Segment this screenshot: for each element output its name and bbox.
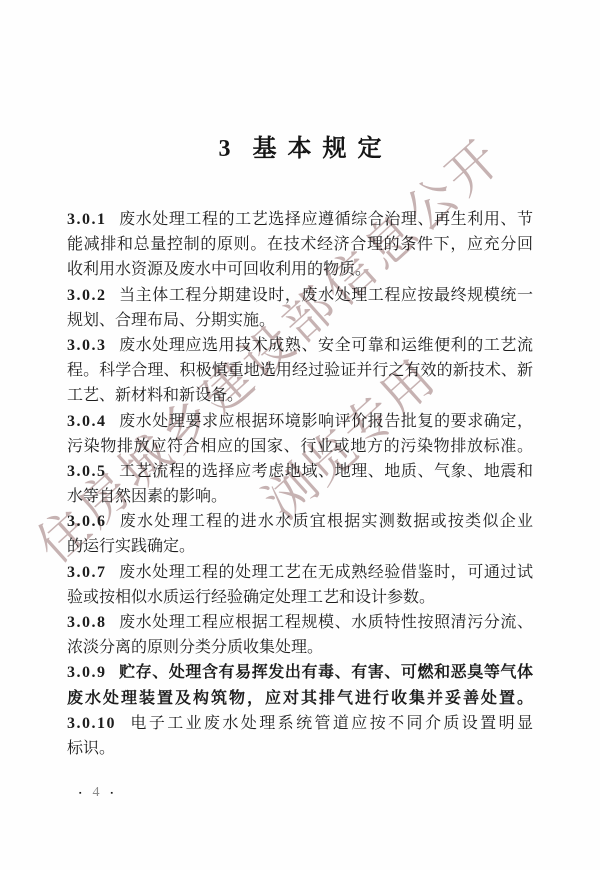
clause-line: 废水处理装置及构筑物，应对其排气进行收集并妥善处置。 [67,686,533,711]
title-text: 基本规定 [253,136,393,162]
clause-3-0-2: 3.0.2当主体工程分期建设时，废水处理工程应按最终规模统一 规划、合理布局、分… [67,283,533,333]
clause-line: 工艺、新材料和新设备。 [67,383,533,408]
clause-line: 规划、合理布局、分期实施。 [67,308,533,333]
footer-left-dot: ▪ [79,784,81,802]
clause-text: 废水处理工程应根据工程规模、水质特性按照清污分流、 [119,614,534,631]
page-footer: ▪ 4 ▪ [79,784,113,802]
clause-line: 浓淡分离的原则分类分质收集处理。 [67,635,533,660]
clause-number: 3.0.8 [67,614,107,631]
clause-number: 3.0.3 [67,337,107,354]
clause-line: 3.0.5工艺流程的选择应考虑地域、地理、地质、气象、地震和洪 [67,459,533,484]
clause-line: 3.0.4废水处理要求应根据环境影响评价报告批复的要求确定， [67,409,533,434]
clause-text: 电子工业废水处理系统管道应按不同介质设置明显 [128,715,533,732]
page-title: 3基本规定 [0,128,600,163]
clause-3-0-10: 3.0.10电子工业废水处理系统管道应按不同介质设置明显 标识。 [67,711,533,761]
clause-text: 当主体工程分期建设时，废水处理工程应按最终规模统一 [119,287,534,304]
clause-3-0-7: 3.0.7废水处理工程的处理工艺在无成熟经验借鉴时，可通过试 验或按相似水质运行… [67,560,533,610]
clause-text: 废水处理工程的进水水质宜根据实测数据或按类似企业 [119,513,534,530]
clause-number: 3.0.5 [67,463,107,480]
clause-line: 污染物排放应符合相应的国家、行业或地方的污染物排放标准。 [67,434,533,459]
clause-line: 的运行实践确定。 [67,534,533,559]
document-page: 住房城乡建设部信息公开 浏览专用 3基本规定 3.0.1废水处理工程的工艺选择应… [0,0,600,870]
clause-text: 工艺流程的选择应考虑地域、地理、地质、气象、地震和洪 [67,463,533,484]
clause-line: 3.0.6废水处理工程的进水水质宜根据实测数据或按类似企业 [67,509,533,534]
clause-number: 3.0.7 [67,564,107,581]
clause-text: 废水处理工程的处理工艺在无成熟经验借鉴时，可通过试 [119,564,534,581]
clause-line: 验或按相似水质运行经验确定处理工艺和设计参数。 [67,585,533,610]
clause-line: 3.0.7废水处理工程的处理工艺在无成熟经验借鉴时，可通过试 [67,560,533,585]
clause-number: 3.0.2 [67,287,107,304]
clause-line: 3.0.1废水处理工程的工艺选择应遵循综合治理、再生利用、节 [67,207,533,232]
clause-number: 3.0.1 [67,211,107,228]
body-text: 3.0.1废水处理工程的工艺选择应遵循综合治理、再生利用、节 能减排和总量控制的… [67,207,533,761]
title-number: 3 [219,136,231,162]
clause-line: 收利用水资源及废水中可回收利用的物质。 [67,257,533,282]
clause-line: 能减排和总量控制的原则。在技术经济合理的条件下，应充分回 [67,232,533,257]
clause-line: 3.0.9贮存、处理含有易挥发出有毒、有害、可燃和恶臭等气体的 [67,660,533,685]
clause-line: 3.0.10电子工业废水处理系统管道应按不同介质设置明显 [67,711,533,736]
clause-line: 3.0.3废水处理应选用技术成熟、安全可靠和运维便利的工艺流 [67,333,533,358]
clause-3-0-6: 3.0.6废水处理工程的进水水质宜根据实测数据或按类似企业 的运行实践确定。 [67,509,533,559]
page-number: 4 [92,784,99,802]
clause-3-0-4: 3.0.4废水处理要求应根据环境影响评价报告批复的要求确定， 污染物排放应符合相… [67,409,533,459]
footer-right-dot: ▪ [110,784,112,802]
clause-number: 3.0.4 [67,413,107,430]
clause-3-0-8: 3.0.8废水处理工程应根据工程规模、水质特性按照清污分流、 浓淡分离的原则分类… [67,610,533,660]
clause-3-0-3: 3.0.3废水处理应选用技术成熟、安全可靠和运维便利的工艺流 程。科学合理、积极… [67,333,533,409]
clause-text: 废水处理工程的工艺选择应遵循综合治理、再生利用、节 [119,211,534,228]
clause-line: 3.0.2当主体工程分期建设时，废水处理工程应按最终规模统一 [67,283,533,308]
clause-number: 3.0.10 [67,715,116,732]
clause-line: 标识。 [67,736,533,761]
clause-3-0-9: 3.0.9贮存、处理含有易挥发出有毒、有害、可燃和恶臭等气体的 废水处理装置及构… [67,660,533,710]
clause-line: 水等自然因素的影响。 [67,484,533,509]
clause-number: 3.0.6 [67,513,107,530]
clause-text: 废水处理应选用技术成熟、安全可靠和运维便利的工艺流 [119,337,534,354]
clause-text: 废水处理要求应根据环境影响评价报告批复的要求确定， [119,413,534,430]
clause-text: 贮存、处理含有易挥发出有毒、有害、可燃和恶臭等气体的 [67,664,533,685]
clause-number: 3.0.9 [67,664,107,681]
clause-3-0-1: 3.0.1废水处理工程的工艺选择应遵循综合治理、再生利用、节 能减排和总量控制的… [67,207,533,283]
clause-line: 3.0.8废水处理工程应根据工程规模、水质特性按照清污分流、 [67,610,533,635]
clause-line: 程。科学合理、积极慎重地选用经过验证并行之有效的新技术、新 [67,358,533,383]
clause-3-0-5: 3.0.5工艺流程的选择应考虑地域、地理、地质、气象、地震和洪 水等自然因素的影… [67,459,533,509]
